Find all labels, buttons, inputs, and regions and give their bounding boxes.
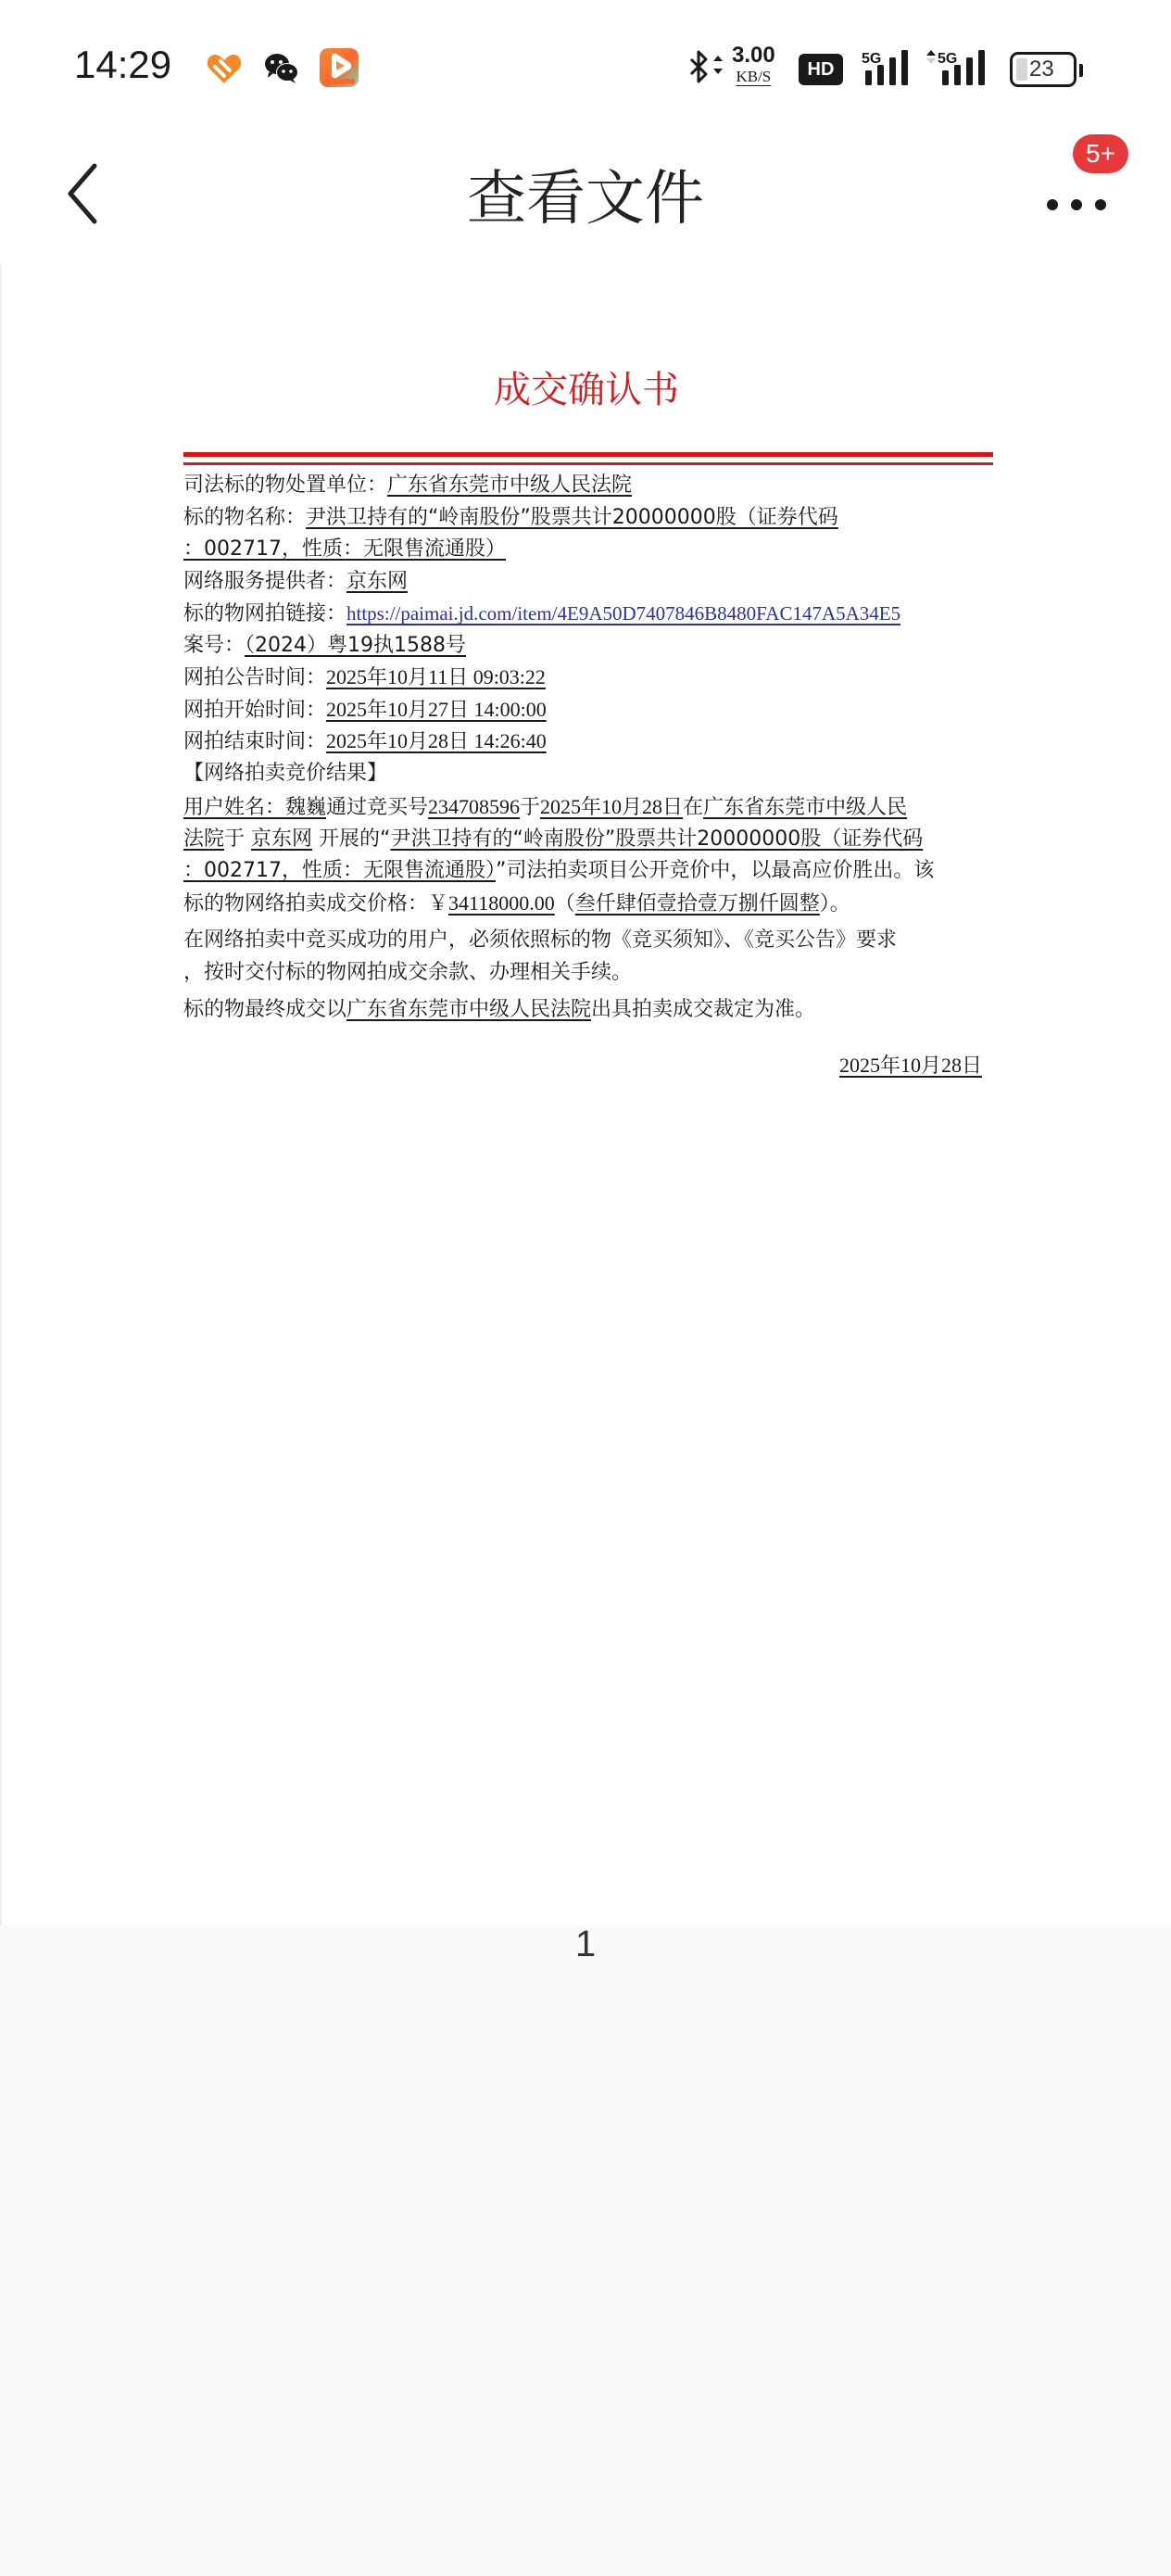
network-speed: 3.00 KB/S [732,44,775,84]
deal-price: 34118000.00 [448,891,555,915]
more-horizontal-icon [1047,199,1058,210]
page-number: 1 [0,1924,1171,1965]
field-service-provider: 网络服务提供者：京东网 [183,566,999,599]
field-announce-time: 网拍公告时间：2025年10月11日 09:03:22 [183,662,999,694]
field-item-name-cont: ：002717，性质：无限售流通股） [183,534,999,566]
notice-paragraph: 在网络拍卖中竞买成功的用户，必须依照标的物《竞买须知》、《竞买公告》要求 ，按时… [183,925,999,989]
header-rule-thin [183,462,993,465]
signal-5g-icon-2: 5G [926,48,997,89]
field-disposal-unit: 司法标的物处置单位：广东省东莞市中级人民法院 [183,470,999,502]
section-heading: 【网络拍卖竞价结果】 [183,758,999,790]
heart-app-icon [206,50,243,87]
bluetooth-icon [686,48,726,87]
final-paragraph: 标的物最终成交以广东省东莞市中级人民法院出具拍卖成交裁定为准。 [183,994,999,1027]
header-rule-thick [183,452,993,457]
status-bar: 14:29 3.00 KB/S HD 5G [0,0,1171,134]
signature-date: 2025年10月28日 [839,1050,982,1079]
auction-link[interactable]: https://paimai.jd.com/item/4E9A50D740784… [346,602,900,625]
field-start-time: 网拍开始时间：2025年10月27日 14:00:00 [183,694,999,726]
battery-icon: 23 [1010,52,1077,87]
document-page: 成交确认书 司法标的物处置单位：广东省东莞市中级人民法院 标的物名称：尹洪卫持有… [0,264,1171,1926]
document-title: 成交确认书 [2,360,1171,413]
battery-level: 23 [1029,57,1054,82]
svg-text:5G: 5G [862,51,881,67]
status-time: 14:29 [74,43,171,87]
field-auction-link: 标的物网拍链接：https://paimai.jd.com/item/4E9A5… [183,598,999,630]
wechat-icon [263,50,300,87]
field-item-name: 标的物名称：尹洪卫持有的“岭南股份”股票共计20000000股（证券代码 [183,502,999,535]
svg-text:5G: 5G [938,51,957,67]
nav-bar: 查看文件 5+ [0,134,1171,264]
signal-5g-icon: 5G [862,48,917,89]
document-body: 司法标的物处置单位：广东省东莞市中级人民法院 标的物名称：尹洪卫持有的“岭南股份… [183,470,999,1027]
notification-badge: 5+ [1073,134,1128,173]
field-case-number: 案号：（2024）粤19执1588号 [183,630,999,663]
result-paragraph: 用户姓名：魏巍通过竞买号234708596于2025年10月28日在广东省东莞市… [183,791,999,919]
field-end-time: 网拍结束时间：2025年10月28日 14:26:40 [183,726,999,758]
video-app-icon [320,48,359,87]
page-title: 查看文件 [0,151,1171,236]
more-options-button[interactable] [1036,175,1110,231]
hd-voice-icon: HD [799,54,843,85]
